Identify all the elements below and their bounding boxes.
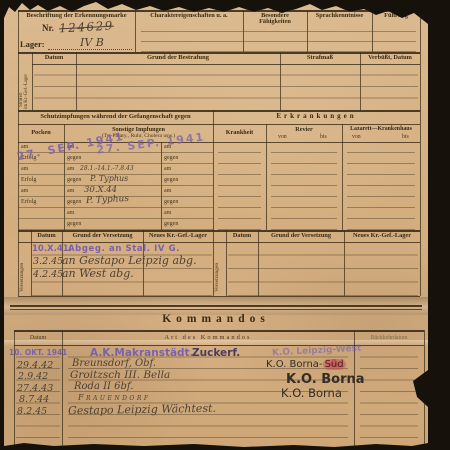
faehigkeiten-header: Besondere Fähigkeiten <box>245 13 305 26</box>
lager-label: Lager: <box>20 40 45 49</box>
versetzung-date: 3.2.45 <box>33 257 63 267</box>
pocken-header: Pocken <box>18 130 64 136</box>
versetzung-text: an Gestapo Leipzig abg. <box>62 255 197 266</box>
am-label: am <box>164 210 171 216</box>
erkennungsmarke-header: Beschriftung der Erkennungsmarke <box>20 13 133 20</box>
am-label: am <box>67 188 74 194</box>
kommando-date: 2.9.42 <box>18 372 48 382</box>
strafmass-header: Strafmaß <box>280 55 360 62</box>
sprachkenntnisse-header: Sprachkenntnisse <box>309 13 370 19</box>
kommando-name: Frauendorf <box>78 394 151 402</box>
strafen-datum-header: Datum <box>32 55 76 61</box>
ruled-lines <box>271 142 337 230</box>
versetzungen-neues-header: Neues Kr.-Gef.-Lager <box>143 233 213 239</box>
ko-stamp: K.O. Borna <box>286 373 365 386</box>
divider <box>420 10 421 52</box>
am-label: am <box>21 166 28 172</box>
ruled-lines <box>360 346 418 446</box>
ko-stamp: K.O. Borna <box>281 388 342 400</box>
erfolg-label: Erfolg <box>21 177 36 183</box>
versetzungen-side-label: Versetzungen <box>215 238 220 292</box>
versetzung-stamp-date: 10.X.41. <box>32 245 72 254</box>
kommando-date: 27.4.43 <box>17 384 53 394</box>
versetzungen-grund-header: Grund der Versetzung <box>258 233 344 239</box>
gegen-label: gegen <box>164 221 178 227</box>
divider <box>10 305 422 307</box>
am-label: am <box>21 188 28 194</box>
strafen-grund-header: Grund der Bestrafung <box>76 55 280 62</box>
kommando-stamp: Zuckerf. <box>192 348 240 359</box>
divider <box>266 124 267 230</box>
bis-label: bis <box>402 135 409 141</box>
divider <box>18 10 19 52</box>
versetzungen-side-label: Versetzungen <box>20 238 25 292</box>
von-label: von <box>278 135 287 141</box>
ko-stamp-sued-red-mark: Süd <box>323 359 346 370</box>
kommando-date: 29.4.42 <box>17 361 53 371</box>
divider <box>18 124 213 125</box>
kommando-stamp: A.K.Makranstädt. <box>90 348 194 359</box>
erfolg-label: Erfolg <box>21 199 36 205</box>
divider <box>14 330 424 332</box>
ko-stamp: K.O. Borna-Süd <box>266 360 346 370</box>
lazarett-header: Lazarett—Krankenhaus <box>342 127 420 133</box>
am-label: am <box>164 166 171 172</box>
divider <box>424 330 425 448</box>
divider <box>420 52 421 110</box>
divider <box>213 124 420 125</box>
prisoner-number-value: 124629 <box>59 20 114 35</box>
strafen-side-label-2: im Kr.-Gef.-Lager <box>25 54 30 109</box>
kommandos-title: Kommandos <box>4 314 428 326</box>
ruled-lines <box>347 142 415 230</box>
fuehrung-header: Führung <box>374 13 418 19</box>
am-label: am <box>164 188 171 194</box>
gegen-label: gegen <box>67 155 81 161</box>
divider <box>18 110 420 112</box>
divider <box>420 230 421 296</box>
gegen-label: gegen <box>164 199 178 205</box>
divider <box>10 309 422 310</box>
divider <box>135 10 136 52</box>
am-label: am <box>67 210 74 216</box>
kommandos-art-header: Art des Kommandos <box>62 335 354 341</box>
verbuesst-header: Verbüßt, Datum <box>360 55 420 61</box>
ruled-lines <box>34 64 418 109</box>
kommando-name: Roda II 6bf. <box>74 382 133 392</box>
am-label: am <box>67 166 74 172</box>
kommando-name: Gestapo Leipzig Wächtest. <box>68 403 216 417</box>
lager-value: IV B <box>80 37 104 48</box>
kommando-date: 8.7.44 <box>19 395 49 405</box>
impfung-gegen-value: P. Typhus <box>90 175 128 183</box>
gegen-label: gegen <box>67 199 81 205</box>
bis-label: bis <box>320 135 327 141</box>
krankheit-header: Krankheit <box>213 130 266 136</box>
erkrankungen-title: Erkrankungen <box>213 113 420 120</box>
versetzung-stamp-text: Abgeg. an Stal. IV G. <box>68 245 180 254</box>
kommando-date: 8.2.45 <box>17 407 47 417</box>
versetzung-date: 4.2.45 <box>33 270 63 280</box>
versetzung-text: an West abg. <box>62 268 134 279</box>
versetzungen-neues-header: Neues Kr.-Gef.-Lager <box>344 233 420 239</box>
gegen-label: gegen <box>164 155 178 161</box>
ruled-lines <box>141 22 416 52</box>
nr-label: Nr. <box>42 24 54 33</box>
divider <box>342 124 343 230</box>
gegen-label: gegen <box>164 177 178 183</box>
revier-header: Revier <box>266 127 342 133</box>
von-label: von <box>352 135 361 141</box>
gegen-label: gegen <box>67 221 81 227</box>
impfungen-title: Schutzimpfungen während der Gefangenscha… <box>20 114 211 121</box>
impfung-date-value: 30.X.44 <box>84 186 117 195</box>
divider <box>420 110 421 230</box>
ruled-lines <box>218 142 261 230</box>
kommando-name: Groitzsch III. Bella <box>70 370 170 381</box>
gegen-label: gegen <box>67 177 81 183</box>
kommandos-datum-header: Datum <box>14 335 62 341</box>
versetzungen-grund-header: Grund der Versetzung <box>62 233 143 239</box>
ruled-lines <box>228 242 418 296</box>
charakter-header: Charaktereigenschaften u. a. <box>137 13 241 19</box>
kommando-date-stamp: 10. OKT. 1941 <box>9 349 67 357</box>
versetzungen-datum-header: Datum <box>31 233 62 239</box>
ko-stamp-text: K.O. Borna- <box>266 359 323 370</box>
rueckkehr-header: Rückkehrdatum <box>354 336 424 342</box>
versetzungen-datum-header: Datum <box>226 233 258 239</box>
divider <box>213 110 214 230</box>
impfung-date-value: 28.1.-14.1.-7.8.43 <box>80 166 134 172</box>
kommando-name: Breunsdorf, Obf. <box>72 359 156 369</box>
divider <box>226 230 227 296</box>
prisoner-record-card: Beschriftung der Erkennungsmarke Nr. 124… <box>4 0 428 450</box>
